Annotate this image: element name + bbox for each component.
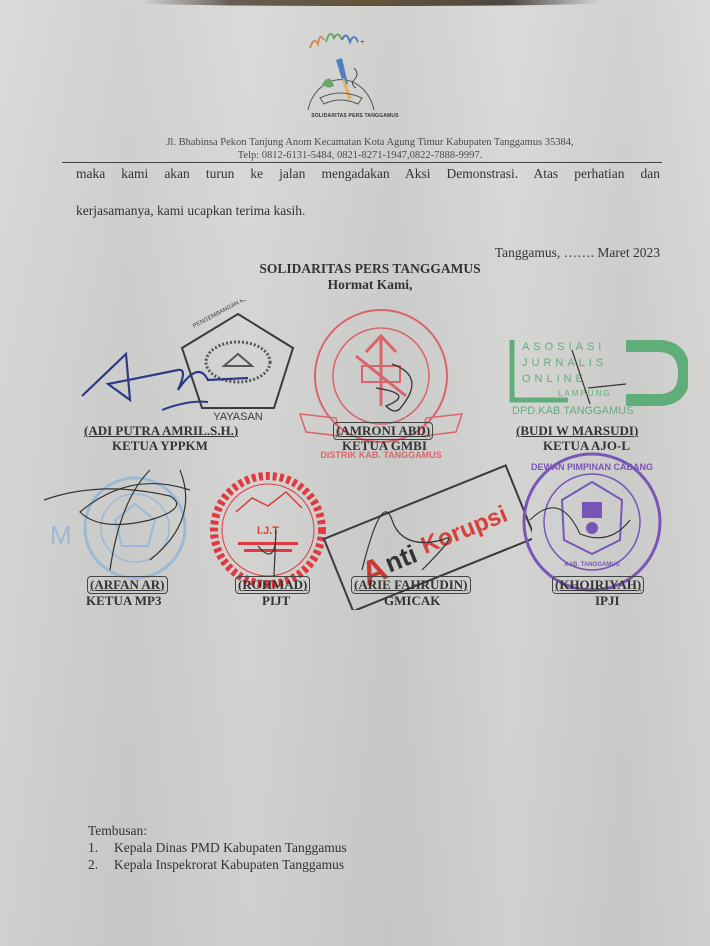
body-paragraph-line: kerjasamanya, kami ucapkan terima kasih. <box>76 203 660 219</box>
page-edge-shadow <box>140 0 600 6</box>
svg-text:+: + <box>360 37 365 46</box>
letterhead-address: Jl. Bhabinsa Pekon Tanjung Anom Kecamata… <box>100 137 640 149</box>
solidaritas-pers-logo-icon: + <box>300 18 380 114</box>
ajo-lampung-stamp-icon: ASOSIASI JURNALIS ONLINE LAMPUNG DPD.KAB… <box>508 334 688 418</box>
signatory-name: (ARFAN AR) <box>88 577 167 593</box>
svg-text:DPD.KAB.TANGGAMUS: DPD.KAB.TANGGAMUS <box>512 405 633 417</box>
signatory-role: IPJI <box>595 593 620 609</box>
list-item-text: Kepala Dinas PMD Kabupaten Tanggamus <box>114 839 347 856</box>
signatory-role: KETUA YPPKM <box>112 438 208 454</box>
signatory-role: PIJT <box>262 593 290 609</box>
letterhead-phone: Telp: 0812-6131-5484, 0821-8271-1947,082… <box>60 150 660 162</box>
signatory-role: GMICAK <box>384 593 440 609</box>
signatory-role: KETUA MP3 <box>86 593 161 609</box>
list-item-text: Kepala Inspekrorat Kabupaten Tanggamus <box>114 856 344 873</box>
list-item-number: 1. <box>88 839 114 856</box>
mp3-stamp-icon: M <box>40 460 220 590</box>
pijt-stamp-icon: I.J.T <box>206 472 330 592</box>
list-item: 1. Kepala Dinas PMD Kabupaten Tanggamus <box>88 839 347 856</box>
list-item: 2. Kepala Inspekrorat Kabupaten Tanggamu… <box>88 856 347 873</box>
signatory-name: (BUDI W MARSUDI) <box>516 423 638 439</box>
svg-text:JURNALIS: JURNALIS <box>522 357 607 369</box>
signature-adi-putra <box>78 340 278 420</box>
body-paragraph-line: maka kami akan turun ke jalan mengadakan… <box>76 166 660 182</box>
signatory-name: (AMRONI ABD) <box>334 423 432 439</box>
tembusan-section: Tembusan: 1. Kepala Dinas PMD Kabupaten … <box>88 822 347 873</box>
svg-text:KAB. TANGGAMUS: KAB. TANGGAMUS <box>564 562 619 568</box>
list-item-number: 2. <box>88 856 114 873</box>
ipji-stamp-icon: KAB. TANGGAMUS DEWAN PIMPINAN CABANG <box>520 450 664 594</box>
letterhead-divider <box>62 162 662 163</box>
signatory-name: (KHOIRIYAH) <box>553 577 643 593</box>
signatory-name: (ADI PUTRA AMRIL.S.H.) <box>84 423 238 439</box>
signatory-name: (ROHMAD) <box>236 577 309 593</box>
svg-text:Korupsi: Korupsi <box>417 501 511 560</box>
svg-text:LAMPUNG: LAMPUNG <box>558 389 612 398</box>
tembusan-title: Tembusan: <box>88 822 347 839</box>
organization-name: SOLIDARITAS PERS TANGGAMUS <box>0 261 710 277</box>
svg-text:M: M <box>50 520 72 550</box>
closing-regards: Hormat Kami, <box>0 277 710 293</box>
place-date: Tanggamus, ……. Maret 2023 <box>495 245 660 261</box>
signatory-name: (ARIE FAHRUDIN) <box>352 577 470 593</box>
svg-text:DEWAN PIMPINAN CABANG: DEWAN PIMPINAN CABANG <box>531 462 653 472</box>
svg-text:ONLINE: ONLINE <box>522 373 587 385</box>
signatory-role: KETUA GMBI <box>342 438 427 454</box>
logo-caption: SOLIDARITAS PERS TANGGAMUS <box>0 113 710 119</box>
svg-text:ASOSIASI: ASOSIASI <box>522 341 605 353</box>
